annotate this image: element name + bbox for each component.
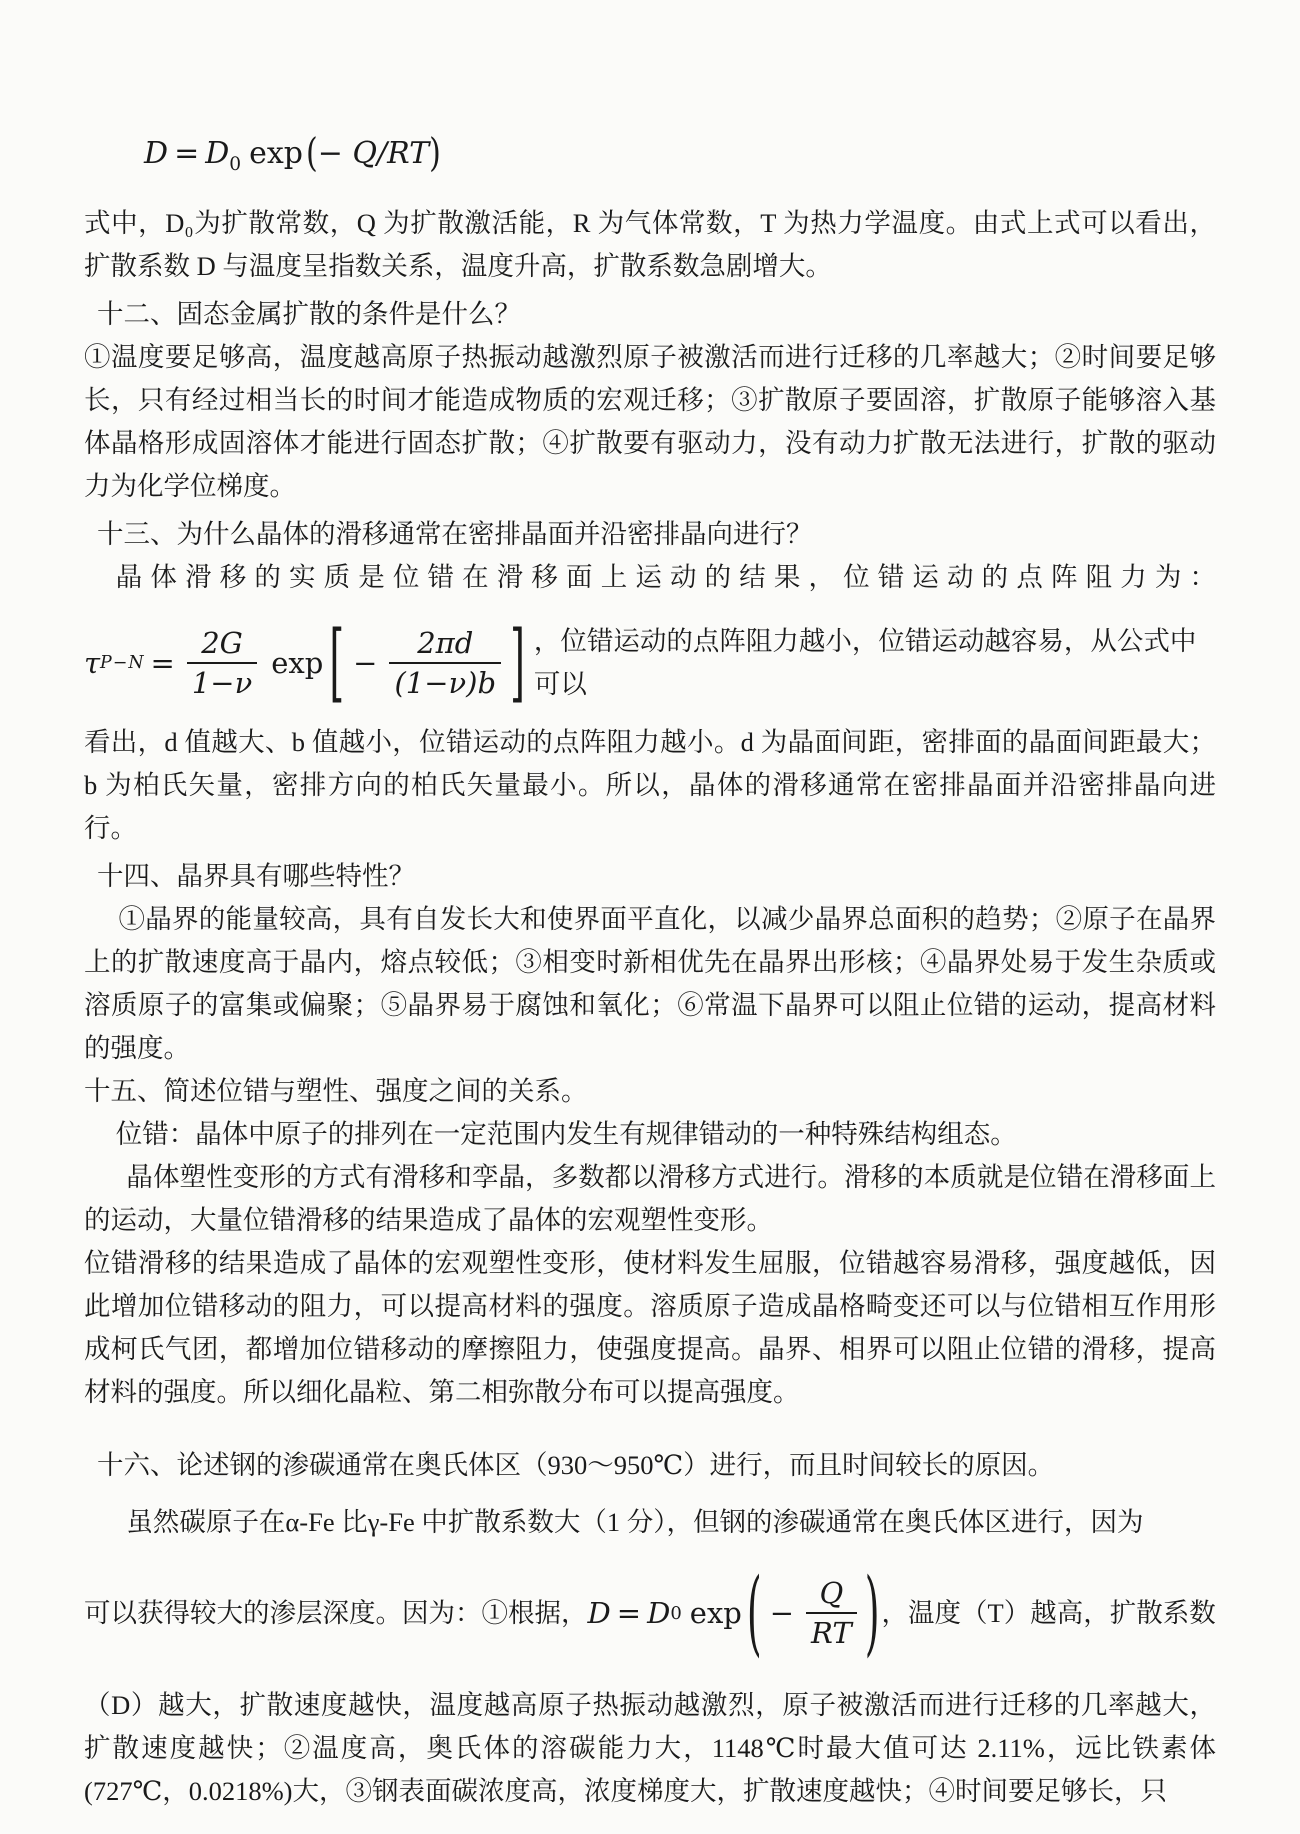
peierls-formula-math: τP−N=2G1−νexp[−2πd(1−ν)b] <box>84 625 528 701</box>
peierls-formula-tail-text: ，位错运动的点阵阻力越小，位错运动越容易，从公式中可以 <box>528 620 1216 706</box>
question-16-body-2: （D）越大，扩散速度越快，温度越高原子热振动越激烈，原子被激活而进行迁移的几率越… <box>84 1684 1216 1813</box>
document-page: D=D0exp(− Q/RT) 式中，D₀为扩散常数，Q 为扩散激活能，R 为气… <box>0 0 1300 1834</box>
minus-sign: − <box>347 642 383 685</box>
equals-sign: = <box>168 136 205 171</box>
fraction-denominator: 1−ν <box>187 662 257 701</box>
formula-carburizing-row: 可以获得较大的渗层深度。因为：①根据， D=D0exp(−QRT) ，温度（T）… <box>84 1554 1216 1672</box>
formula-lhs: D <box>144 136 168 171</box>
question-16-body-1: 虽然碳原子在α-Fe 比γ-Fe 中扩散系数大（1 分），但钢的渗碳通常在奥氏体… <box>84 1501 1216 1544</box>
fraction-numerator: 2G <box>196 625 248 661</box>
question-13-heading: 十三、为什么晶体的滑移通常在密排晶面并沿密排晶向进行？ <box>84 513 1216 556</box>
formula-diffusion-coefficient: D=D0exp(− Q/RT) <box>144 132 1216 186</box>
fraction-activation-energy: QRT <box>806 1575 857 1651</box>
left-bracket: [ <box>329 615 344 712</box>
fraction-denominator: (1−ν)b <box>389 662 501 701</box>
paragraph-formula-explanation: 式中，D₀为扩散常数，Q 为扩散激活能，R 为气体常数，T 为热力学温度。由式上… <box>84 202 1216 288</box>
question-15-definition: 位错：晶体中原子的排列在一定范围内发生有规律错动的一种特殊结构组态。 <box>84 1113 1216 1156</box>
question-13-continuation: 看出，d 值越大、b 值越小，位错运动的点阵阻力越小。d 为晶面间距，密排面的晶… <box>84 721 1216 850</box>
question-15-body-1: 晶体塑性变形的方式有滑移和孪晶，多数都以滑移方式进行。滑移的本质就是位错在滑移面… <box>84 1156 1216 1242</box>
question-12-answer: ①温度要足够高，温度越高原子热振动越激烈原子被激活而进行迁移的几率越大；②时间要… <box>84 336 1216 508</box>
question-15-body-2: 位错滑移的结果造成了晶体的宏观塑性变形，使材料发生屈服，位错越容易滑移，强度越低… <box>84 1242 1216 1414</box>
carburizing-formula-math: D=D0exp(−QRT) <box>588 1575 882 1651</box>
carburizing-post-text: ，温度（T）越高，扩散系数 <box>882 1592 1216 1635</box>
carburizing-pre-text: 可以获得较大的渗层深度。因为：①根据， <box>84 1592 588 1635</box>
right-paren: ) <box>429 126 441 182</box>
right-bracket: ] <box>510 615 525 712</box>
question-14-answer: ①晶界的能量较高，具有自发长大和使界面平直化，以减少晶界总面积的趋势；②原子在晶… <box>84 898 1216 1070</box>
formula-coefficient-subscript: 0 <box>229 154 241 175</box>
question-15-heading: 十五、简述位错与塑性、强度之间的关系。 <box>84 1070 1216 1113</box>
formula-coefficient-subscript: 0 <box>670 1592 681 1635</box>
formula-argument: − Q/RT <box>318 136 429 171</box>
formula-coefficient: D <box>205 136 229 171</box>
tau-symbol: τ <box>84 642 100 685</box>
formula-lhs: D <box>588 1592 611 1635</box>
formula-coefficient: D <box>647 1592 670 1635</box>
left-paren: ( <box>747 1560 762 1665</box>
exp-function: exp <box>682 1592 745 1635</box>
left-paren: ( <box>306 126 318 182</box>
minus-sign: − <box>764 1592 800 1635</box>
formula-peierls-nabarro: τP−N=2G1−νexp[−2πd(1−ν)b] ，位错运动的点阵阻力越小，位… <box>84 615 1216 711</box>
right-paren: ) <box>865 1560 880 1665</box>
tau-subscript: P−N <box>100 642 145 685</box>
equals-sign: = <box>145 642 181 685</box>
fraction-numerator: 2πd <box>412 625 478 661</box>
fraction-shear-modulus: 2G1−ν <box>187 625 257 701</box>
exp-function: exp <box>241 136 306 171</box>
question-13-intro: 晶体滑移的实质是位错在滑移面上运动的结果，位错运动的点阵阻力为： <box>84 556 1216 599</box>
question-14-heading: 十四、晶界具有哪些特性？ <box>84 855 1216 898</box>
fraction-exponent: 2πd(1−ν)b <box>389 625 501 701</box>
fraction-denominator: RT <box>806 1612 857 1651</box>
fraction-numerator: Q <box>814 1575 848 1611</box>
question-12-heading: 十二、固态金属扩散的条件是什么？ <box>84 293 1216 336</box>
question-16-heading: 十六、论述钢的渗碳通常在奥氏体区（930～950℃）进行，而且时间较长的原因。 <box>84 1444 1216 1487</box>
exp-function: exp <box>263 642 326 685</box>
equals-sign: = <box>611 1592 647 1635</box>
